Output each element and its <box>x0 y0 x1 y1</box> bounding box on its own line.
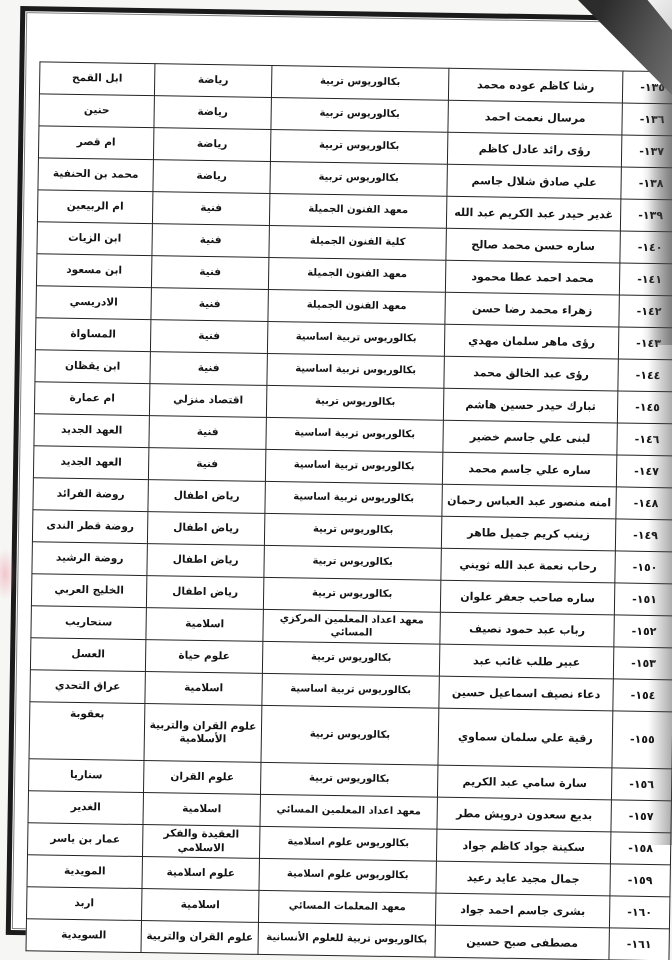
cell-degree: بكالوريوس تربية اساسية <box>266 417 443 452</box>
cell-school: عمار بن ياسر <box>28 823 143 857</box>
cell-school: سنحاريب <box>31 606 146 640</box>
cell-degree: معهد اعداد المعلمين المركزي المسائي <box>263 609 440 644</box>
cell-degree: بكالوريوس تربية <box>271 97 448 132</box>
table-wrap: ١٣٥- رشا كاظم عوده محمد بكالوريوس تربية … <box>25 61 672 960</box>
cell-name: رشا كاظم عوده محمد <box>448 68 622 103</box>
cell-school: الخليج العربي <box>31 574 146 608</box>
cell-name: رؤى ماهر سلمان مهدي <box>444 324 618 359</box>
cell-degree: بكالوريوس تربية اساسية <box>262 673 439 708</box>
cell-school: المساواة <box>35 318 150 352</box>
cell-degree: بكالوريوس تربية <box>270 161 447 196</box>
cell-school: روضة قطر الندى <box>32 510 147 544</box>
cell-name: رؤى رائد عادل كاظم <box>447 132 621 167</box>
cell-specialization: علوم القران والتربية الأسلامية <box>144 704 262 763</box>
cell-degree: بكالوريوس تربية <box>264 545 441 580</box>
page-frame: ١٣٥- رشا كاظم عوده محمد بكالوريوس تربية … <box>6 6 662 945</box>
cell-school: العهد الجديد <box>33 446 148 480</box>
cell-name: ساره علي جاسم محمد <box>442 452 616 487</box>
cell-school: الادريسي <box>36 286 151 320</box>
cell-degree: بكالوريوس تربية اساسية <box>267 321 444 356</box>
cell-degree: بكالوريوس تربية <box>262 641 439 676</box>
cell-specialization: فنية <box>152 192 269 226</box>
cell-school: حنين <box>39 94 154 128</box>
cell-degree: بكالوريوس تربية <box>264 513 441 548</box>
cell-school: العسل <box>30 638 145 672</box>
cell-specialization: رياضة <box>153 160 270 194</box>
cell-specialization: رياض اطفال <box>148 480 265 514</box>
cell-degree: بكالوريوس تربية <box>261 705 439 765</box>
cell-school: سناريا <box>29 759 144 793</box>
cell-school: المويدية <box>27 855 142 889</box>
cell-school: اربد <box>27 887 142 921</box>
cell-specialization: اسلامية <box>145 672 262 706</box>
cell-name: رؤى عبد الخالق محمد <box>444 356 618 391</box>
cell-name: ساره صاحب جعفر علوان <box>440 580 614 615</box>
cell-degree: كلية الفنون الجميلة <box>269 225 446 260</box>
cell-specialization: اقتصاد منزلي <box>149 384 266 418</box>
cell-name: رحاب نعمة عبد الله ثويني <box>441 548 615 583</box>
cell-specialization: علوم اسلامية <box>142 857 259 891</box>
cell-name: غدير حيدر عبد الكريم عبد الله <box>446 196 620 231</box>
roster-table: ١٣٥- رشا كاظم عوده محمد بكالوريوس تربية … <box>25 61 672 960</box>
cell-name: تبارك حيدر حسين هاشم <box>443 388 617 423</box>
cell-specialization: رياض اطفال <box>147 512 264 546</box>
cell-school: السويدية <box>26 919 141 953</box>
cell-degree: معهد الفنون الجميلة <box>269 193 446 228</box>
cell-name: سارة سامي عبد الكريم <box>437 765 611 800</box>
cell-degree: بكالوريوس تربية <box>263 577 440 612</box>
cell-degree: بكالوريوس تربية للعلوم الأنسانية <box>258 922 435 957</box>
cell-specialization: فنية <box>148 448 265 482</box>
cell-school: ابن مسعود <box>36 254 151 288</box>
cell-name: جمال مجيد عايد رعيد <box>436 861 610 896</box>
cell-specialization: علوم القران والتربية <box>141 921 258 955</box>
cell-name: علي صادق شلال جاسم <box>447 164 621 199</box>
cell-degree: بكالوريوس تربية <box>270 129 447 164</box>
cell-school: العهد الجديد <box>34 414 149 448</box>
cell-specialization: فنية <box>152 224 269 258</box>
cell-degree: بكالوريوس تربية <box>271 65 448 100</box>
cell-specialization: رياضة <box>154 96 271 130</box>
cell-degree: بكالوريوس تربية <box>260 762 437 797</box>
cell-degree: بكالوريوس تربية اساسية <box>265 449 442 484</box>
cell-number: ١٦١- <box>609 928 669 960</box>
cell-school: محمد بن الحنفية <box>38 158 153 192</box>
cell-school: عراق التحدي <box>30 670 145 704</box>
cell-specialization: فنية <box>150 320 267 354</box>
cell-name: مرسال نعمت احمد <box>448 100 622 135</box>
cell-name: زينب كريم جميل طاهر <box>441 516 615 551</box>
cell-specialization: علوم القران <box>143 761 260 795</box>
cell-name: رقية علي سلمان سماوي <box>438 708 613 768</box>
cell-school: الغدير <box>28 791 143 825</box>
cell-specialization: فنية <box>150 352 267 386</box>
roster-body: ١٣٥- رشا كاظم عوده محمد بكالوريوس تربية … <box>26 62 672 960</box>
cell-name: بشرى جاسم احمد جواد <box>435 893 609 928</box>
cell-name: محمد احمد عطا محمود <box>445 260 619 295</box>
cell-degree: بكالوريوس علوم اسلامية <box>259 826 436 861</box>
cell-specialization: رياضة <box>154 64 271 98</box>
cell-degree: بكالوريوس تربية اساسية <box>267 353 444 388</box>
cell-school: ابن يقظان <box>35 350 150 384</box>
cell-name: زهراء محمد رضا حسن <box>445 292 619 327</box>
cell-specialization: رياضة <box>153 128 270 162</box>
cell-name: عبير طلب غائب عبد <box>439 644 613 679</box>
cell-degree: معهد اعداد المعلمين المسائي <box>260 794 437 829</box>
cell-name: مصطفى صبح حسين <box>435 925 609 960</box>
cell-degree: بكالوريوس تربية اساسية <box>265 481 442 516</box>
cell-specialization: اسلامية <box>143 793 260 827</box>
cell-degree: بكالوريوس تربية <box>266 385 443 420</box>
cell-number: ١٥٩- <box>610 864 670 897</box>
page-edge-shadow-upper <box>642 85 672 345</box>
cell-number: ١٦٠- <box>609 896 669 929</box>
cell-school: ابل القمح <box>39 62 154 96</box>
cell-specialization: اسلامية <box>146 608 263 642</box>
cell-name: امنه منصور عبد العباس رحمان <box>442 484 616 519</box>
cell-school: ام قصر <box>38 126 153 160</box>
cell-degree: معهد الفنون الجميلة <box>268 289 445 324</box>
cell-school: روضة الفرائد <box>33 478 148 512</box>
cell-specialization: فنية <box>149 416 266 450</box>
cell-specialization: رياض اطفال <box>146 576 263 610</box>
cell-school: ابن الزيات <box>37 222 152 256</box>
cell-degree: معهد الفنون الجميلة <box>268 257 445 292</box>
cell-school: بعقوبة <box>29 702 145 761</box>
cell-name: دعاء نصيف اسماعيل حسين <box>439 676 613 711</box>
cell-specialization: رياض اطفال <box>147 544 264 578</box>
cell-school: روضة الرشيد <box>32 542 147 576</box>
cell-name: ساره حسن محمد صالح <box>446 228 620 263</box>
cell-name: بديع سعدون درويش مطر <box>437 797 611 832</box>
cell-name: لبنى علي جاسم خضير <box>443 420 617 455</box>
cell-specialization: فنية <box>151 288 268 322</box>
cell-specialization: اسلامية <box>141 889 258 923</box>
cell-name: سكينة جواد كاظم جواد <box>436 829 610 864</box>
cell-specialization: فنية <box>151 256 268 290</box>
table-row: ١٥٥- رقية علي سلمان سماوي بكالوريوس تربي… <box>29 702 672 769</box>
cell-name: رباب عبد حمود نصيف <box>440 612 614 647</box>
cell-degree: بكالوريوس علوم اسلامية <box>259 858 436 893</box>
cell-school: ام الربيعين <box>37 190 152 224</box>
cell-specialization: العقيدة والفكر الاسلامي <box>142 825 259 859</box>
cell-degree: معهد المعلمات المسائي <box>258 890 435 925</box>
cell-school: ام عمارة <box>34 382 149 416</box>
cell-specialization: علوم حياة <box>145 640 262 674</box>
